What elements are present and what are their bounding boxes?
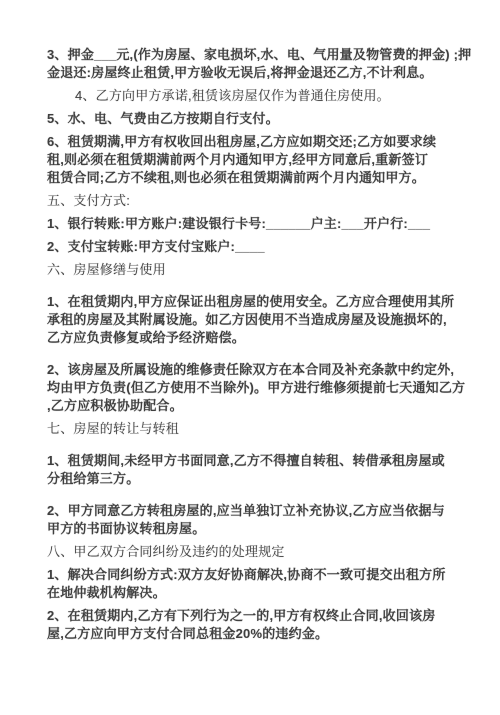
text-line: 2、甲方同意乙方转租房屋的,应当单独订立补充协议,乙方应当依据与	[47, 502, 462, 520]
contract-page-content: 3、押金___元,(作为房屋、家电损坏,水、电、气用量及物管费的押金) ;押金退…	[47, 46, 462, 648]
section-heading: 八、甲乙双方合同纠纷及违约的处理规定	[47, 543, 462, 561]
text-line: 1、解决合同纠纷方式:双方友好协商解决,协商不一致可提交出租方所	[47, 566, 462, 584]
text-line: 5、水、电、气费由乙方按期自行支付。	[47, 110, 462, 128]
contract-clause: 1、在租赁期内,甲方应保证出租房屋的使用安全。乙方应合理使用其所承租的房屋及其附…	[47, 293, 462, 347]
contract-clause: 6、租赁期满,甲方有权收回出租房屋,乙方应如期交还;乙方如要求续租,则必须在租赁…	[47, 133, 462, 187]
contract-page: 3、押金___元,(作为房屋、家电损坏,水、电、气用量及物管费的押金) ;押金退…	[0, 0, 500, 715]
section-heading: 五、支付方式:	[47, 192, 462, 210]
contract-clause: 2、支付宝转账:甲方支付宝账户:____	[47, 238, 462, 256]
text-line: 2、支付宝转账:甲方支付宝账户:____	[47, 238, 462, 256]
section-heading: 六、房屋修缮与使用	[47, 261, 462, 279]
text-line: 屋,乙方应向甲方支付合同总租金20%的违约金。	[47, 625, 462, 643]
text-line: ,乙方应积极协助配合。	[47, 397, 462, 415]
contract-clause: 1、银行转账:甲方账户:建设银行卡号:______户主:___开户行:___	[47, 215, 462, 233]
text-line: 均由甲方负责(但乙方使用不当除外)。甲方进行维修须提前七天通知乙方	[47, 379, 462, 397]
text-line: 1、租赁期间,未经甲方书面同意,乙方不得擅自转租、转借承租房屋或	[47, 452, 462, 470]
text-line: 五、支付方式:	[47, 192, 462, 210]
text-line: 分租给第三方。	[47, 470, 462, 488]
text-line: 2、该房屋及所属设施的维修责任除双方在本合同及补充条款中约定外,	[47, 361, 462, 379]
contract-clause: 1、解决合同纠纷方式:双方友好协商解决,协商不一致可提交出租方所在地仲裁机构解决…	[47, 566, 462, 602]
text-line: 承租的房屋及其附属设施。如乙方因使用不当造成房屋及设施损坏的,	[47, 311, 462, 329]
contract-clause: 2、该房屋及所属设施的维修责任除双方在本合同及补充条款中约定外,均由甲方负责(但…	[47, 361, 462, 415]
contract-clause: 5、水、电、气费由乙方按期自行支付。	[47, 110, 462, 128]
contract-clause: 1、租赁期间,未经甲方书面同意,乙方不得擅自转租、转借承租房屋或分租给第三方。	[47, 452, 462, 488]
text-line: 4、乙方向甲方承诺,租赁该房屋仅作为普通住房使用。	[47, 87, 462, 105]
contract-clause: 2、甲方同意乙方转租房屋的,应当单独订立补充协议,乙方应当依据与甲方的书面协议转…	[47, 502, 462, 538]
contract-clause: 2、在租赁期内,乙方有下列行为之一的,甲方有权终止合同,收回该房屋,乙方应向甲方…	[47, 607, 462, 643]
text-line: 七、房屋的转让与转租	[47, 420, 462, 438]
text-line: 金退还:房屋终止租赁,甲方验收无误后,将押金退还乙方,不计利息。	[47, 64, 462, 82]
text-line: 甲方的书面协议转租房屋。	[47, 520, 462, 538]
text-line: 租,则必须在租赁期满前两个月内通知甲方,经甲方同意后,重新签订	[47, 151, 462, 169]
text-line: 在地仲裁机构解决。	[47, 584, 462, 602]
text-line: 1、银行转账:甲方账户:建设银行卡号:______户主:___开户行:___	[47, 215, 462, 233]
contract-clause: 3、押金___元,(作为房屋、家电损坏,水、电、气用量及物管费的押金) ;押金退…	[47, 46, 462, 82]
text-line: 八、甲乙双方合同纠纷及违约的处理规定	[47, 543, 462, 561]
text-line: 3、押金___元,(作为房屋、家电损坏,水、电、气用量及物管费的押金) ;押	[47, 46, 462, 64]
text-line: 租赁合同;乙方不续租,则也必须在租赁期满前两个月内通知甲方。	[47, 169, 462, 187]
text-line: 1、在租赁期内,甲方应保证出租房屋的使用安全。乙方应合理使用其所	[47, 293, 462, 311]
text-line: 乙方应负责修复或给予经济赔偿。	[47, 329, 462, 347]
contract-clause: 4、乙方向甲方承诺,租赁该房屋仅作为普通住房使用。	[47, 87, 462, 105]
text-line: 6、租赁期满,甲方有权收回出租房屋,乙方应如期交还;乙方如要求续	[47, 133, 462, 151]
section-heading: 七、房屋的转让与转租	[47, 420, 462, 438]
text-line: 六、房屋修缮与使用	[47, 261, 462, 279]
text-line: 2、在租赁期内,乙方有下列行为之一的,甲方有权终止合同,收回该房	[47, 607, 462, 625]
